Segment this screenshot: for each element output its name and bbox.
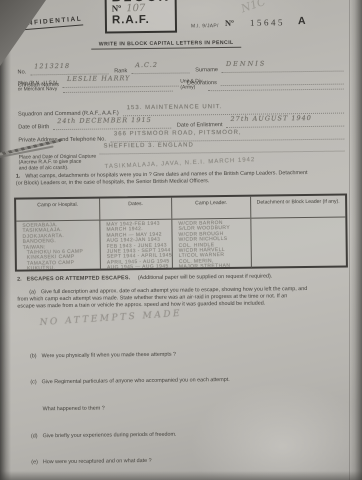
block-stamp-raf: R.A.F. xyxy=(112,14,170,28)
mi9-reference-prefix: M.I. 9/JAP/ xyxy=(191,23,219,29)
header-detachment-leader: Detachment or Block Leader (if any). xyxy=(251,196,345,218)
q1-number: 1. xyxy=(16,174,21,180)
unit-label: Unit & Div. (Army) xyxy=(180,79,203,91)
q1-text-line2: (or Block) Leaders or, in the case of ho… xyxy=(16,178,210,186)
q2c-followup: What happened to them ? xyxy=(43,406,105,413)
q2b-label: (b) xyxy=(30,353,37,359)
q2e-label: (e) xyxy=(31,459,38,465)
q2a-handwritten-answer: NO ATTEMPTS MADE xyxy=(39,309,182,328)
q2-heading: ESCAPES OR ATTEMPTED ESCAPES. xyxy=(27,275,131,282)
right-page-edge-shadow xyxy=(350,0,362,480)
ship-label-line2: or Merchant Navy xyxy=(18,87,59,93)
q2c-line: (c)Give Regimental particulars of anyone… xyxy=(30,377,230,385)
q2c-text: Give Regimental particulars of anyone wh… xyxy=(42,377,230,385)
address-label: Private Address and Telephone No. xyxy=(18,136,106,144)
reference-number: 15645 xyxy=(250,17,285,27)
capture-value: TASIKMALAJA, JAVA, N.E.I. MARCH 1942 xyxy=(104,157,255,170)
camps-table: Camp or Hospital. Dates. Camp Leader. De… xyxy=(14,194,348,272)
ship-field xyxy=(62,89,172,92)
q2d-label: (d) xyxy=(31,433,38,439)
camps-table-body: SOERABAJA. TASIKMALAJA. DJOKJAKARTA. BAN… xyxy=(16,218,346,271)
q2a-label: (a) xyxy=(29,289,36,295)
q2-heading-line: 2.ESCAPES OR ATTEMPTED ESCAPES. (Additio… xyxy=(17,273,272,282)
column-dates: MAY 1942-FEB 1943 MARCH 1942. MARCH — MA… xyxy=(100,220,173,270)
q2b-line: (b)Were you physically fit when you made… xyxy=(30,352,176,360)
q2d-line: (d)Give briefly your experiences during … xyxy=(31,432,177,440)
column-camp: SOERABAJA. TASIKMALAJA. DJOKJAKARTA. BAN… xyxy=(16,221,101,271)
column-camp-leader: W/CDR BARRON S/LDR WOODBURY W/CDR BROUGH… xyxy=(172,219,252,269)
pencil-corner-note: N1C xyxy=(239,0,267,15)
q2-number: 2. xyxy=(17,277,22,283)
block-no-label: Nº xyxy=(112,3,122,13)
unit-label-line2: (Army) xyxy=(180,85,203,91)
table-row: KUKUTSU. xyxy=(23,265,100,270)
column-detachment-leader xyxy=(251,218,346,268)
scanned-document-photo: CONFIDENTIAL BLOCK Nº107 R.A.F. M.I. 9/J… xyxy=(0,0,362,480)
form-page: CONFIDENTIAL BLOCK Nº107 R.A.F. M.I. 9/J… xyxy=(0,0,362,480)
q2e-line: (e)How were you recaptured and on what d… xyxy=(31,458,151,465)
block-capitals-instruction: WRITE IN BLOCK CAPITAL LETTERS IN PENCIL xyxy=(91,40,241,50)
raf-block-number-stamp: BLOCK Nº107 R.A.F. xyxy=(104,0,177,33)
bottom-page-edge-shadow xyxy=(0,471,362,480)
reference-suffix: A xyxy=(298,15,306,27)
header-camp-or-hospital: Camp or Hospital. xyxy=(16,199,100,221)
block-no-handwritten-value: 107 xyxy=(126,3,145,14)
left-page-edge-shadow xyxy=(0,0,11,480)
q2-heading-note: (Additional paper will be supplied on re… xyxy=(138,273,273,281)
capture-label: Place and Date of Original Capture (Airc… xyxy=(19,154,97,172)
capture-field: TASIKMALAJA, JAVA, N.E.I. MARCH 1942 xyxy=(100,150,345,172)
table-row: AUG 1945 — AUG 1945 xyxy=(107,265,172,270)
block-stamp-number-line: Nº107 xyxy=(112,3,170,15)
q2c-label: (c) xyxy=(30,379,36,385)
row-capture: Place and Date of Original Capture (Airc… xyxy=(18,144,344,173)
reference-no-label: Nº xyxy=(225,18,234,28)
header-dates: Dates. xyxy=(100,198,172,220)
capture-label-line3: and date of a/c crash). xyxy=(19,166,97,173)
ship-label: Ship (R.N., U.S.N. or Merchant Navy xyxy=(18,81,59,93)
unit-field xyxy=(208,87,344,91)
q2b-text: Were you physically fit when you made th… xyxy=(42,352,177,360)
q2d-text: Give briefly your experiences during per… xyxy=(43,432,177,440)
q2e-text: How were you recaptured and on what date… xyxy=(43,458,152,465)
header-camp-leader: Camp Leader. xyxy=(172,197,251,219)
table-row: MAJOR STRETHAN xyxy=(179,264,251,269)
